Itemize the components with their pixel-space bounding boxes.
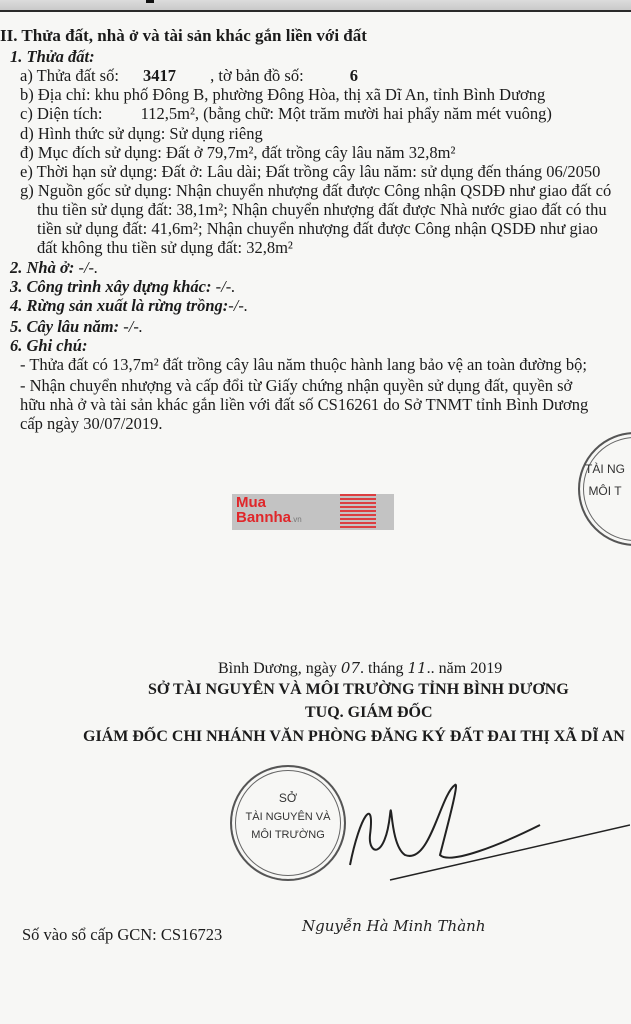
watermark-logo: MuaBannha.vn — [232, 494, 394, 530]
signer-name: Nguyễn Hà Minh Thành — [302, 917, 486, 935]
address: b) Địa chỉ: khu phố Đông B, phường Đông … — [20, 85, 545, 104]
section-title: II. Thửa đất, nhà ở và tài sản khác gắn … — [0, 26, 367, 45]
usage-origin-line: thu tiền sử dụng đất: 38,1m²; Nhận chuyể… — [37, 200, 607, 219]
area-value: 112,5m², (bằng chữ: Một trăm mười hai ph… — [141, 104, 552, 123]
partial-stamp: TÀI NG MÔI T — [578, 432, 631, 546]
perennial-trees-item: 5. Cây lâu năm: -/-. — [10, 317, 143, 336]
note-line: hữu nhà ở và tài sản khác gắn liền với đ… — [20, 395, 588, 414]
usage-origin-line: tiền sử dụng đất: 41,6m²; Nhận chuyển nh… — [37, 219, 598, 238]
parcel-heading: 1. Thửa đất: — [10, 47, 95, 66]
notes-heading: 6. Ghi chú: — [10, 336, 87, 355]
usage-origin-line: đất không thu tiền sử dụng đất: 32,8m² — [37, 238, 293, 257]
area-row: c) Diện tích: 112,5m², (bằng chữ: Một tr… — [20, 104, 552, 123]
scan-top-edge — [0, 0, 631, 12]
usage-origin-line: g) Nguồn gốc sử dụng: Nhận chuyển nhượng… — [20, 181, 611, 200]
area-label: c) Diện tích: — [20, 104, 102, 123]
map-sheet-number: 6 — [350, 66, 358, 85]
production-forest-item: 4. Rừng sản xuất là rừng trồng:-/-. — [10, 296, 248, 315]
usage-form: d) Hình thức sử dụng: Sử dụng riêng — [20, 124, 263, 143]
note-line: - Thửa đất có 13,7m² đất trồng cây lâu n… — [20, 355, 587, 374]
usage-term: e) Thời hạn sử dụng: Đất ở: Lâu dài; Đất… — [20, 162, 600, 181]
house-item: 2. Nhà ở: -/-. — [10, 258, 98, 277]
other-construction-item: 3. Công trình xây dựng khác: -/-. — [10, 277, 235, 296]
official-stamp: SỞ TÀI NGUYÊN VÀ MÔI TRƯỜNG — [230, 765, 346, 881]
parcel-number-row: a) Thửa đất số: 3417 , tờ bản đồ số: 6 — [20, 66, 358, 85]
department-name: SỞ TÀI NGUYÊN VÀ MÔI TRƯỜNG TỈNH BÌNH DƯ… — [148, 680, 569, 699]
director-title: GIÁM ĐỐC CHI NHÁNH VĂN PHÒNG ĐĂNG KÝ ĐẤT… — [83, 727, 625, 746]
registry-number: Số vào sổ cấp GCN: CS16723 — [22, 925, 222, 944]
building-icon — [340, 494, 376, 530]
handwritten-signature — [330, 775, 630, 885]
map-sheet-label: , tờ bản đồ số: — [210, 66, 304, 85]
parcel-number: 3417 — [143, 66, 176, 85]
signing-date: Bình Dương, ngày 07. tháng 11.. năm 2019 — [218, 659, 502, 678]
parcel-number-label: a) Thửa đất số: — [20, 66, 119, 85]
note-line: cấp ngày 30/07/2019. — [20, 414, 163, 433]
usage-purpose: đ) Mục đích sử dụng: Đất ở 79,7m², đất t… — [20, 143, 455, 162]
note-line: - Nhận chuyển nhượng và cấp đổi từ Giấy … — [20, 376, 572, 395]
on-behalf-title: TUQ. GIÁM ĐỐC — [305, 703, 433, 722]
